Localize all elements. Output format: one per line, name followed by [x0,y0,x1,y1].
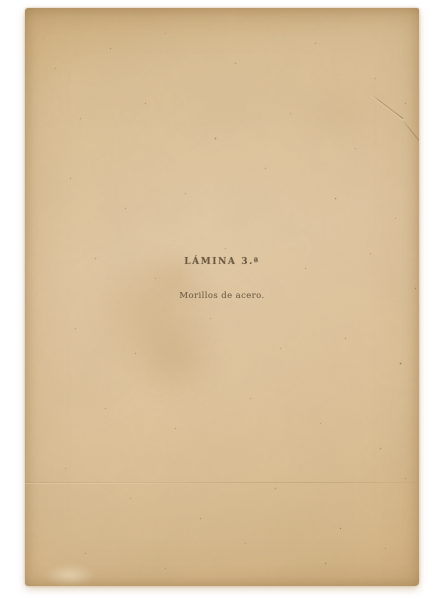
worn-edge-patch [35,560,105,586]
crease-highlight [372,96,405,121]
foxing-speckles [43,38,44,39]
horizontal-fold-highlight [25,483,261,484]
paper-grain-texture [25,8,419,586]
horizontal-fold-line [25,482,419,483]
plate-caption-block: LÁMINA 3.ª Morillos de acero. [25,257,419,301]
crease-mark [371,94,404,119]
plate-caption: Morillos de acero. [25,291,419,301]
show-through-stain [280,68,400,158]
paper-mottle-texture [25,8,419,586]
show-through-stain [110,298,240,423]
book-page: LÁMINA 3.ª Morillos de acero. [25,8,419,586]
crease-mark [402,119,419,155]
show-through-stain [135,243,215,313]
plate-title: LÁMINA 3.ª [25,257,419,267]
scanned-page-background: LÁMINA 3.ª Morillos de acero. [0,0,445,600]
show-through-stain [65,223,240,403]
